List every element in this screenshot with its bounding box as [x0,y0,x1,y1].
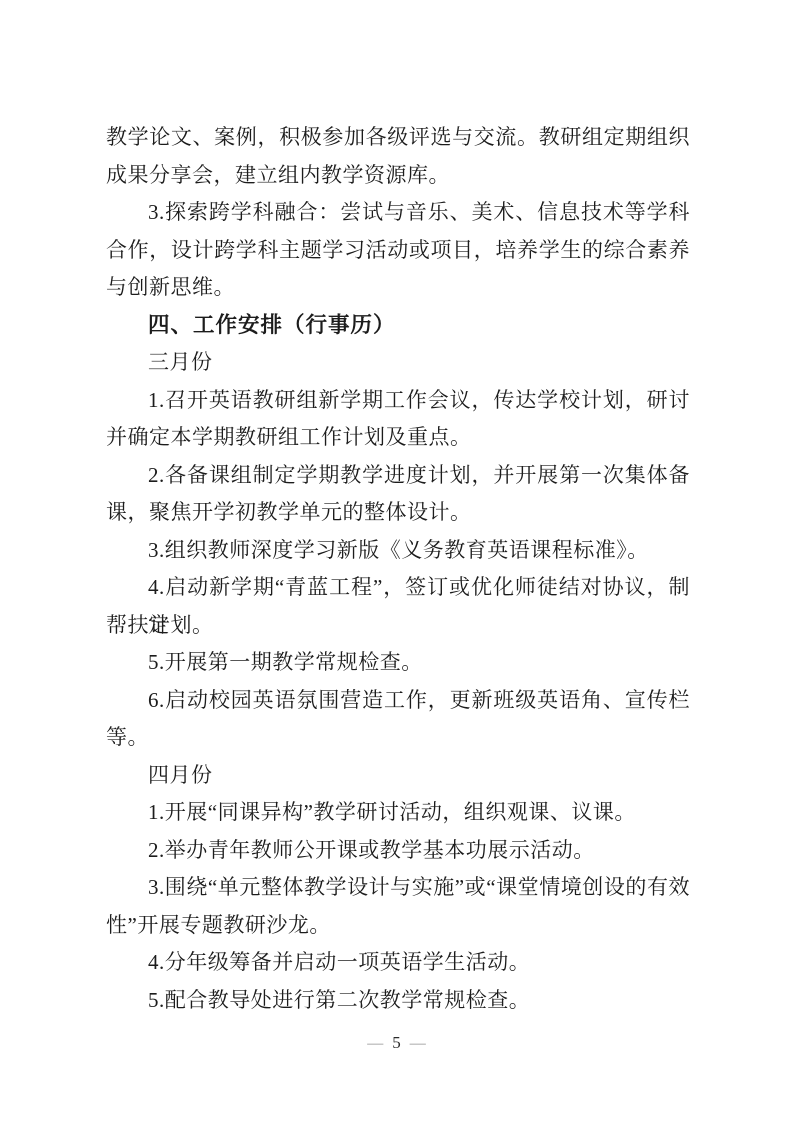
month-label: 四月份 [106,757,690,795]
footer-dash-left: — [367,1035,383,1052]
page-number: 5 [392,1033,401,1052]
body-line: 6.启动校园英语氛围营造工作，更新班级英语角、宣传栏 [106,682,690,720]
body-line: 5.开展第一期教学常规检查。 [106,644,690,682]
body-line: 教学论文、案例，积极参加各级评选与交流。教研组定期组织 [106,119,690,157]
body-line: 4.启动新学期“青蓝工程”，签订或优化师徒结对协议，制定 [106,569,690,607]
section-heading: 四、工作安排（行事历） [106,307,690,345]
body-line: 并确定本学期教研组工作计划及重点。 [106,419,690,457]
body-line: 等。 [106,719,690,757]
body-line: 3.探索跨学科融合：尝试与音乐、美术、信息技术等学科 [106,194,690,232]
month-label: 三月份 [106,344,690,382]
document-content: 教学论文、案例，积极参加各级评选与交流。教研组定期组织成果分享会，建立组内教学资… [106,119,690,1019]
body-line: 2.各备课组制定学期教学进度计划，并开展第一次集体备 [106,457,690,495]
body-line: 1.开展“同课异构”教学研讨活动，组织观课、议课。 [106,794,690,832]
body-line: 1.召开英语教研组新学期工作会议，传达学校计划，研讨 [106,382,690,420]
body-line: 性”开展专题教研沙龙。 [106,907,690,945]
footer-dash-right: — [410,1035,426,1052]
body-line: 帮扶计划。 [106,607,690,645]
body-line: 2.举办青年教师公开课或教学基本功展示活动。 [106,832,690,870]
body-line: 5.配合教导处进行第二次教学常规检查。 [106,982,690,1020]
document-page: 教学论文、案例，积极参加各级评选与交流。教研组定期组织成果分享会，建立组内教学资… [0,0,793,1122]
body-line: 合作，设计跨学科主题学习活动或项目，培养学生的综合素养 [106,232,690,270]
body-line: 3.围绕“单元整体教学设计与实施”或“课堂情境创设的有效 [106,869,690,907]
body-line: 3.组织教师深度学习新版《义务教育英语课程标准》。 [106,532,690,570]
body-line: 成果分享会，建立组内教学资源库。 [106,157,690,195]
body-line: 课，聚焦开学初教学单元的整体设计。 [106,494,690,532]
page-footer: —5— [0,1031,793,1056]
body-line: 4.分年级筹备并启动一项英语学生活动。 [106,944,690,982]
body-line: 与创新思维。 [106,269,690,307]
